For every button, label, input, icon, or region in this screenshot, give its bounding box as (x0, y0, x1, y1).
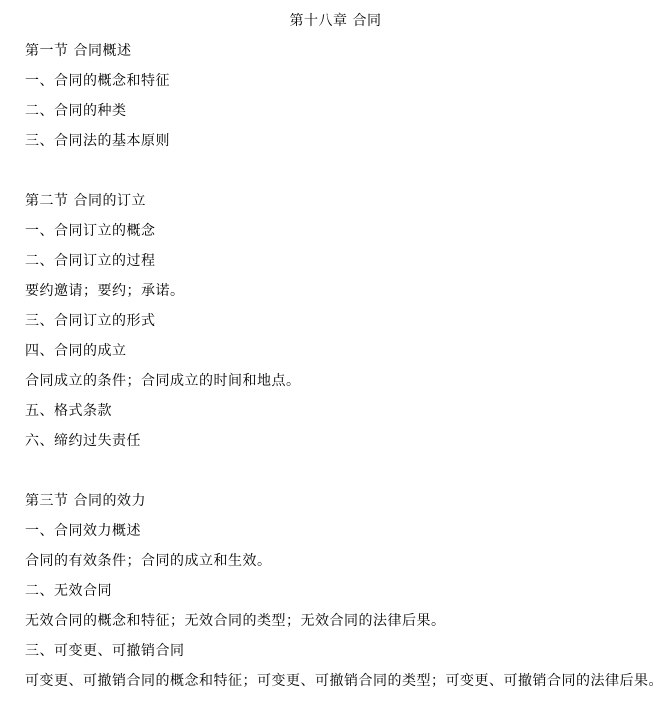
outline-line: 五、格式条款 (25, 396, 661, 426)
outline-line: 六、缔约过失责任 (25, 426, 661, 456)
outline-line: 二、合同订立的过程 (25, 246, 661, 276)
section-heading: 第二节 合同的订立 (25, 186, 661, 216)
outline-line: 要约邀请；要约；承诺。 (25, 276, 661, 306)
outline-line: 合同的有效条件；合同的成立和生效。 (25, 546, 661, 576)
outline-line: 四、合同的成立 (25, 336, 661, 366)
document-title: 第十八章 合同 (10, 6, 661, 36)
outline-line: 一、合同效力概述 (25, 516, 661, 546)
outline-line: 二、无效合同 (25, 576, 661, 606)
section-spacer (25, 156, 661, 186)
outline-line: 无效合同的概念和特征；无效合同的类型；无效合同的法律后果。 (25, 606, 661, 636)
section-formation: 第二节 合同的订立 一、合同订立的概念 二、合同订立的过程 要约邀请；要约；承诺… (25, 186, 661, 456)
outline-line: 一、合同的概念和特征 (25, 66, 661, 96)
section-heading: 第三节 合同的效力 (25, 486, 661, 516)
section-overview: 第一节 合同概述 一、合同的概念和特征 二、合同的种类 三、合同法的基本原则 (25, 36, 661, 156)
outline-line: 三、可变更、可撤销合同 (25, 636, 661, 666)
outline-line: 一、合同订立的概念 (25, 216, 661, 246)
section-heading: 第一节 合同概述 (25, 36, 661, 66)
outline-line: 合同成立的条件；合同成立的时间和地点。 (25, 366, 661, 396)
outline-line: 二、合同的种类 (25, 96, 661, 126)
outline-line: 三、合同订立的形式 (25, 306, 661, 336)
outline-line: 三、合同法的基本原则 (25, 126, 661, 156)
outline-line: 可变更、可撤销合同的概念和特征；可变更、可撤销合同的类型；可变更、可撤销合同的法… (25, 666, 661, 696)
section-spacer (25, 456, 661, 486)
document-page: 第十八章 合同 第一节 合同概述 一、合同的概念和特征 二、合同的种类 三、合同… (0, 0, 671, 718)
section-effectiveness: 第三节 合同的效力 一、合同效力概述 合同的有效条件；合同的成立和生效。 二、无… (25, 486, 661, 696)
